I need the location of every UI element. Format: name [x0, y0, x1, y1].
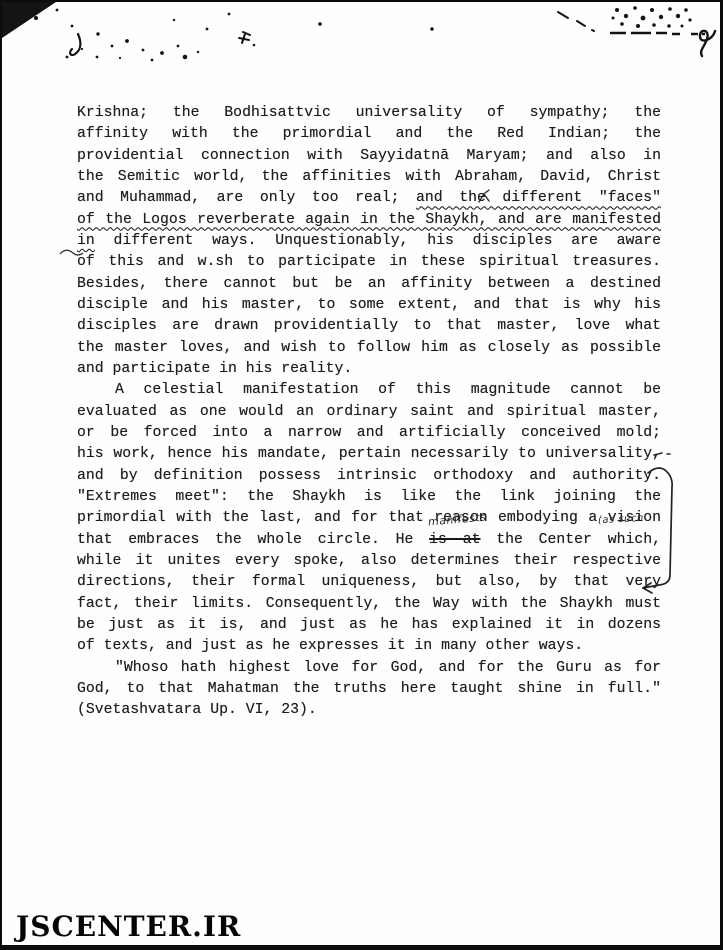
text-line: of texts, and just as he expresses it in… — [77, 636, 661, 657]
text-segment: "Whoso hath highest love for God, and fo… — [115, 660, 661, 676]
text-line: affinity with the primordial and the Red… — [77, 124, 661, 145]
text-line: or be forced into a narrow and artificia… — [77, 423, 661, 444]
text-segment: God, to that Mahatman the truths here ta… — [77, 681, 661, 697]
text-segment: that embraces the whole circle. He — [77, 532, 429, 548]
text-segment: Besides, there cannot but be an affinity… — [77, 276, 661, 292]
text-line: in different ways. Unquestionably, his d… — [77, 231, 661, 252]
text-segment: of texts, and just as he expresses it in… — [77, 638, 583, 654]
text-line: God, to that Mahatman the truths here ta… — [77, 679, 661, 700]
text-line: evaluated as one would an ordinary saint… — [77, 402, 661, 423]
text-line: and Muhammad, are only too real; and the… — [77, 188, 661, 209]
text-segment: fact, their limits. Consequently, the Wa… — [77, 596, 661, 612]
text-segment: and Muhammad, are only too real; — [77, 190, 416, 206]
text-line: and by definition possess intrinsic orth… — [77, 466, 661, 487]
text-segment: the master loves, and wish to follow him… — [77, 340, 661, 356]
struck-out-text: is at — [429, 532, 480, 548]
text-line: providential connection with Sayyidatnā … — [77, 146, 661, 167]
scan-noise-top-left — [2, 2, 434, 61]
text-segment: A celestial manifestation of this magnit… — [115, 382, 661, 398]
text-line: his work, hence his mandate, pertain nec… — [77, 444, 661, 465]
underlined-text: of the Logos reverberate again in the Sh… — [77, 212, 661, 228]
text-line: that embraces the whole circle. He is at… — [77, 530, 661, 551]
handwritten-curl-mark — [700, 31, 715, 56]
text-line: of the Logos reverberate again in the Sh… — [77, 210, 661, 231]
text-segment: be just as it is, and just as he has exp… — [77, 617, 661, 633]
text-line: disciple and his master, to some extent,… — [77, 295, 661, 316]
text-segment: his work, hence his mandate, pertain nec… — [77, 446, 661, 462]
text-line: Besides, there cannot but be an affinity… — [77, 274, 661, 295]
text-line: directions, their formal uniqueness, but… — [77, 572, 661, 593]
scanned-document-page: Krishna; the Bodhisattvic universality o… — [0, 0, 723, 950]
text-segment: primordial with the last, and for that r… — [77, 510, 661, 526]
paragraph: Krishna; the Bodhisattvic universality o… — [77, 103, 661, 380]
text-line: while it unites every spoke, also determ… — [77, 551, 661, 572]
text-line: the master loves, and wish to follow him… — [77, 338, 661, 359]
text-line: primordial with the last, and for that r… — [77, 508, 661, 529]
underlined-text: and the different "faces" — [416, 190, 661, 206]
text-segment: Krishna; the Bodhisattvic universality o… — [77, 105, 661, 121]
text-line: be just as it is, and just as he has exp… — [77, 615, 661, 636]
text-segment: different ways. Unquestionably, his disc… — [95, 233, 661, 249]
text-line: the Semitic world, the affinities with A… — [77, 167, 661, 188]
text-segment: or be forced into a narrow and artificia… — [77, 425, 661, 441]
text-segment: directions, their formal uniqueness, but… — [77, 574, 661, 590]
text-line: (Svetashvatara Up. VI, 23). — [77, 700, 661, 721]
paragraph: "Whoso hath highest love for God, and fo… — [77, 658, 661, 722]
scan-noise-top-right — [558, 6, 715, 56]
text-segment: of this and w.sh to participate in these… — [77, 254, 661, 270]
text-segment: the Center which, — [480, 532, 661, 548]
text-segment: "Extremes meet": the Shaykh is like the … — [77, 489, 661, 505]
text-segment: affinity with the primordial and the Red… — [77, 126, 661, 142]
text-line: and participate in his reality. — [77, 359, 661, 380]
text-line: Krishna; the Bodhisattvic universality o… — [77, 103, 661, 124]
text-line: of this and w.sh to participate in these… — [77, 252, 661, 273]
text-segment: disciple and his master, to some extent,… — [77, 297, 661, 313]
text-segment: and by definition possess intrinsic orth… — [77, 468, 661, 484]
text-segment: the Semitic world, the affinities with A… — [77, 169, 661, 185]
paragraph: A celestial manifestation of this magnit… — [77, 380, 661, 657]
text-line: A celestial manifestation of this magnit… — [77, 380, 661, 401]
text-segment: and participate in his reality. — [77, 361, 352, 377]
text-segment: while it unites every spoke, also determ… — [77, 553, 661, 569]
text-segment: disciples are drawn providentially to th… — [77, 318, 661, 334]
text-line: fact, their limits. Consequently, the Wa… — [77, 594, 661, 615]
watermark-text: JSCENTER.IR — [16, 910, 241, 943]
text-segment: (Svetashvatara Up. VI, 23). — [77, 702, 317, 718]
text-line: "Extremes meet": the Shaykh is like the … — [77, 487, 661, 508]
text-segment: providential connection with Sayyidatnā … — [77, 148, 661, 164]
text-block: Krishna; the Bodhisattvic universality o… — [77, 103, 661, 722]
underlined-text: in — [77, 233, 95, 249]
text-line: "Whoso hath highest love for God, and fo… — [77, 658, 661, 679]
text-line: disciples are drawn providentially to th… — [77, 316, 661, 337]
text-segment: evaluated as one would an ordinary saint… — [77, 404, 661, 420]
